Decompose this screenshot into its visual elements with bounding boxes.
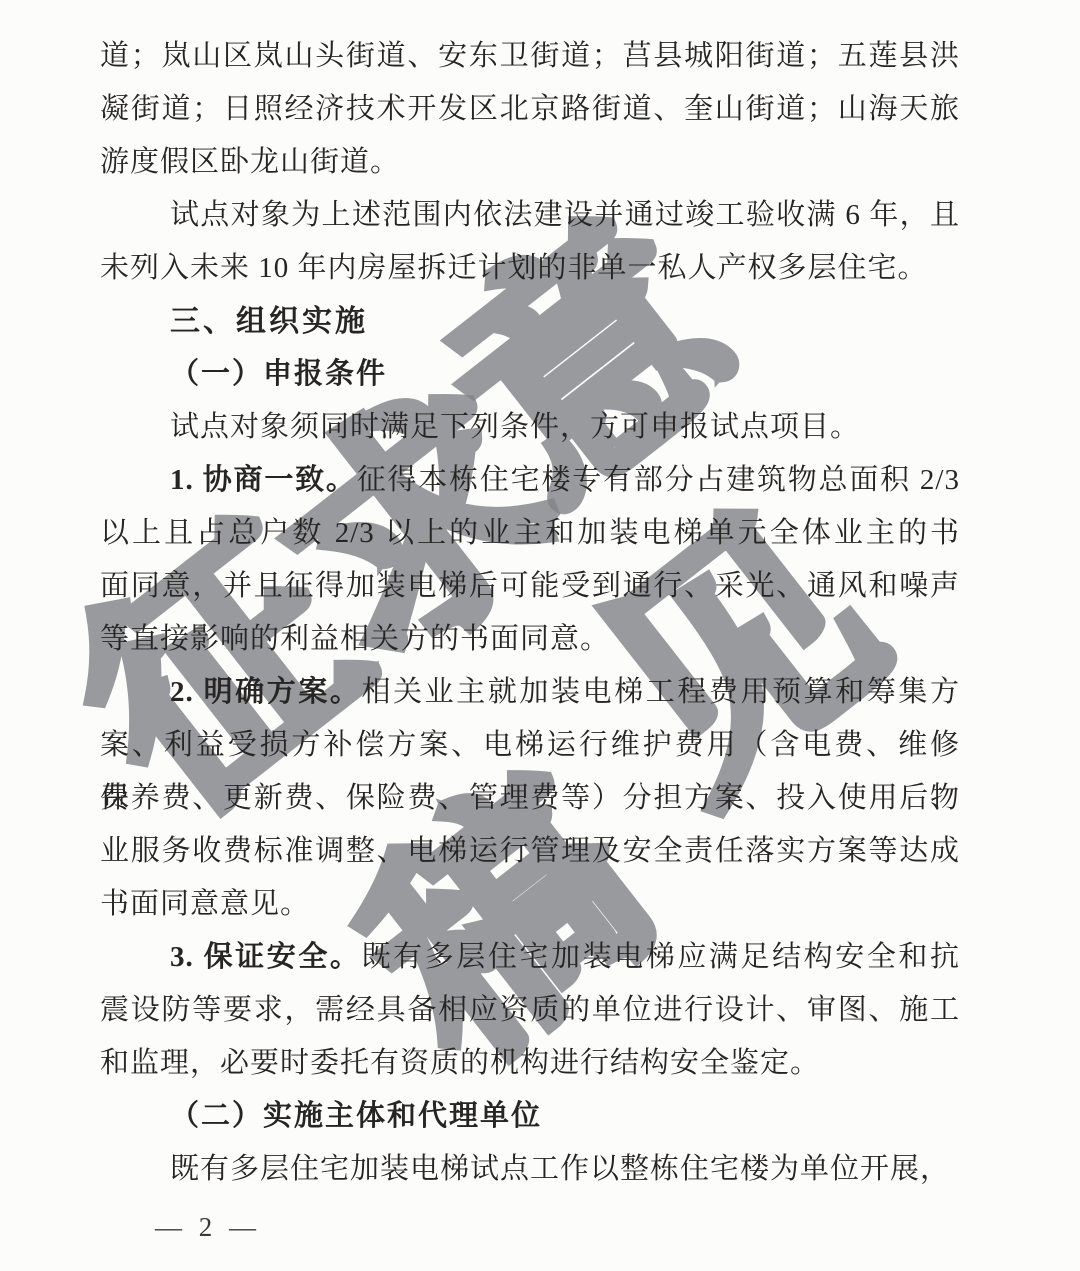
text-line: 以上且占总户数 2/3 以上的业主和加装电梯单元全体业主的书: [100, 507, 960, 560]
text-run: （二）实施主体和代理单位: [170, 1100, 542, 1132]
subsection-heading: （二）实施主体和代理单位: [100, 1090, 960, 1143]
text-run: 既有多层住宅加装电梯应满足结构安全和抗: [362, 941, 960, 973]
text-line: 道；岚山区岚山头街道、安东卫街道；莒县城阳街道；五莲县洪: [100, 30, 960, 83]
text-line: 未列入未来 10 年内房屋拆迁计划的非单一私人产权多层住宅。: [100, 242, 960, 295]
text-run: 和监理，必要时委托有资质的机构进行结构安全鉴定。: [100, 1047, 820, 1079]
text-line: 保养费、更新费、保险费、管理费等）分担方案、投入使用后物: [100, 772, 960, 825]
text-run: （一）申报条件: [170, 358, 387, 390]
text-run: 保养费、更新费、保险费、管理费等）分担方案、投入使用后物: [100, 782, 960, 814]
text-line: 和监理，必要时委托有资质的机构进行结构安全鉴定。: [100, 1037, 960, 1090]
text-line: 业服务收费标准调整、电梯运行管理及安全责任落实方案等达成: [100, 825, 960, 878]
text-run: 相关业主就加装电梯工程费用预算和筹集方: [362, 676, 960, 708]
text-run: 业服务收费标准调整、电梯运行管理及安全责任落实方案等达成: [100, 835, 960, 867]
document-page: 征求意见稿 道；岚山区岚山头街道、安东卫街道；莒县城阳街道；五莲县洪凝街道；日照…: [0, 0, 1080, 1271]
text-run: 以上且占总户数 2/3 以上的业主和加装电梯单元全体业主的书: [100, 517, 960, 549]
text-line: 游度假区卧龙山街道。: [100, 136, 960, 189]
text-line: 1. 协商一致。征得本栋住宅楼专有部分占建筑物总面积 2/3: [100, 454, 960, 507]
text-run: 面同意，并且征得加装电梯后可能受到通行、采光、通风和噪声: [100, 570, 960, 602]
text-line: 凝街道；日照经济技术开发区北京路街道、奎山街道；山海天旅: [100, 83, 960, 136]
text-run: 凝街道；日照经济技术开发区北京路街道、奎山街道；山海天旅: [100, 93, 960, 125]
text-line: 震设防等要求，需经具备相应资质的单位进行设计、审图、施工: [100, 984, 960, 1037]
text-run: 震设防等要求，需经具备相应资质的单位进行设计、审图、施工: [100, 994, 960, 1026]
text-run: 等直接影响的利益相关方的书面同意。: [100, 623, 610, 655]
item-lead-phrase: 1. 协商一致。: [170, 464, 357, 496]
text-run: 游度假区卧龙山街道。: [100, 146, 400, 178]
text-run: 试点对象须同时满足下列条件，方可申报试点项目。: [170, 411, 860, 443]
text-run: 征得本栋住宅楼专有部分占建筑物总面积 2/3: [357, 464, 960, 496]
text-run: 三、组织实施: [170, 305, 368, 338]
text-line: 案、利益受损方补偿方案、电梯运行维护费用（含电费、维修费、: [100, 719, 960, 772]
text-run: 道；岚山区岚山头街道、安东卫街道；莒县城阳街道；五莲县洪: [100, 40, 960, 72]
text-run: 试点对象为上述范围内依法建设并通过竣工验收满 6 年，且: [170, 199, 960, 231]
text-line: 等直接影响的利益相关方的书面同意。: [100, 613, 960, 666]
item-lead-phrase: 3. 保证安全。: [170, 941, 362, 973]
text-line: 2. 明确方案。相关业主就加装电梯工程费用预算和筹集方: [100, 666, 960, 719]
text-line: 面同意，并且征得加装电梯后可能受到通行、采光、通风和噪声: [100, 560, 960, 613]
section-heading: 三、组织实施: [100, 295, 960, 348]
text-line: 试点对象须同时满足下列条件，方可申报试点项目。: [100, 401, 960, 454]
text-line: 既有多层住宅加装电梯试点工作以整栋住宅楼为单位开展，: [100, 1143, 960, 1196]
document-text: 道；岚山区岚山头街道、安东卫街道；莒县城阳街道；五莲县洪凝街道；日照经济技术开发…: [100, 30, 960, 1196]
text-line: 试点对象为上述范围内依法建设并通过竣工验收满 6 年，且: [100, 189, 960, 242]
subsection-heading: （一）申报条件: [100, 348, 960, 401]
text-run: 既有多层住宅加装电梯试点工作以整栋住宅楼为单位开展，: [170, 1153, 950, 1185]
text-run: 未列入未来 10 年内房屋拆迁计划的非单一私人产权多层住宅。: [100, 252, 928, 284]
text-run: 书面同意意见。: [100, 888, 310, 920]
page-number: — 2 —: [155, 1212, 261, 1243]
item-lead-phrase: 2. 明确方案。: [170, 676, 362, 708]
text-line: 3. 保证安全。既有多层住宅加装电梯应满足结构安全和抗: [100, 931, 960, 984]
text-line: 书面同意意见。: [100, 878, 960, 931]
